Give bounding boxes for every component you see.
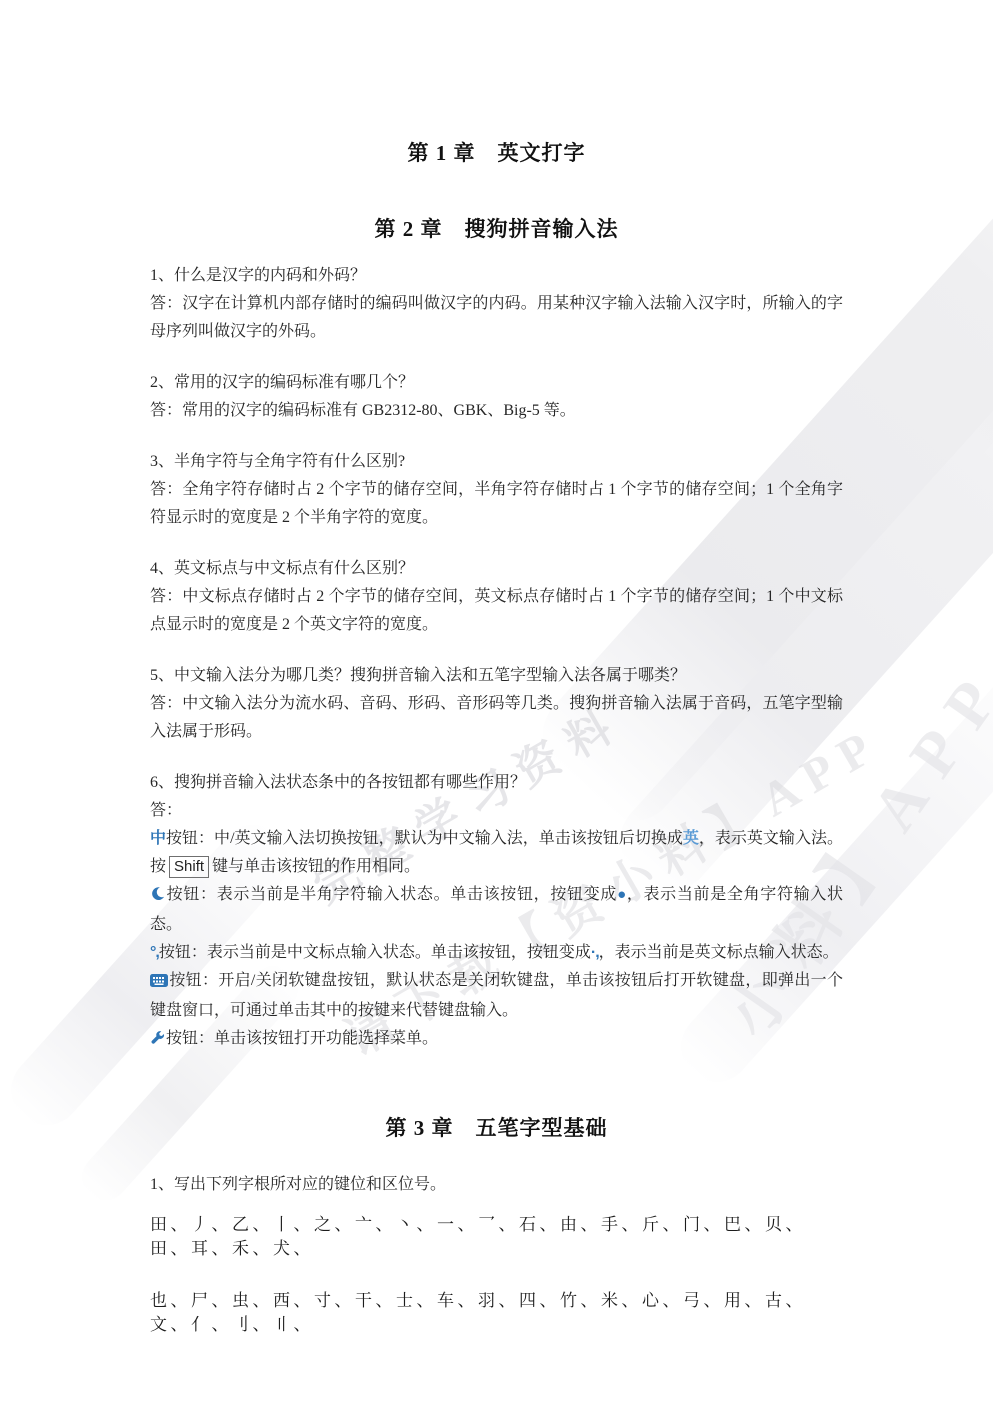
soft-keyboard-icon bbox=[150, 969, 168, 997]
button-desc-menu: 按钮：单击该按钮打开功能选择菜单。 bbox=[150, 1025, 843, 1055]
qa-block-1: 1、什么是汉字的内码和外码？ 答：汉字在计算机内部存储时的编码叫做汉字的内码。用… bbox=[150, 262, 843, 346]
question-3: 3、半角字符与全角字符有什么区别? bbox=[150, 448, 843, 476]
wubi-radicals-row-2: 也、尸、虫、西、寸、干、士、车、羽、四、竹、米、心、弓、用、古、文、亻、刂、〢、 bbox=[150, 1289, 843, 1337]
qa-block-5: 5、中文输入法分为哪几类？搜狗拼音输入法和五笔字型输入法各属于哪类？ 答：中文输… bbox=[150, 662, 843, 746]
answer-6-label: 答： bbox=[150, 797, 843, 825]
question-6: 6、搜狗拼音输入法状态条中的各按钮都有哪些作用？ bbox=[150, 769, 843, 797]
text-segment: 键与单击该按钮的作用相同。 bbox=[212, 858, 420, 875]
crescent-moon-icon bbox=[150, 883, 165, 911]
wrench-icon bbox=[150, 1027, 165, 1055]
chapter3-title: 第 3 章 五笔字型基础 bbox=[150, 1113, 843, 1143]
chinese-punct-icon: °, bbox=[150, 939, 159, 967]
answer-2: 答：常用的汉字的编码标准有 GB2312-80、GBK、Big-5 等。 bbox=[150, 397, 843, 425]
text-segment: 按钮：表示当前是中文标点输入状态。单击该按钮，按钮变成 bbox=[159, 944, 591, 961]
document-page: { "colors": { "accent_blue": "#2e75b6", … bbox=[0, 0, 993, 1404]
shift-keycap: Shift bbox=[169, 856, 209, 878]
button-desc-cn-en: 中按钮：中/英文输入法切换按钮，默认为中文输入法，单击该按钮后切换成英，表示英文… bbox=[150, 825, 843, 881]
chapter1-title: 第 1 章 英文打字 bbox=[150, 138, 843, 168]
chapter2-title: 第 2 章 搜狗拼音输入法 bbox=[150, 214, 843, 244]
text-segment: 按钮：开启/关闭软键盘按钮，默认状态是关闭软键盘，单击该按钮后打开软键盘，即弹出… bbox=[150, 972, 843, 1019]
question-5: 5、中文输入法分为哪几类？搜狗拼音输入法和五笔字型输入法各属于哪类？ bbox=[150, 662, 843, 690]
qa-block-3: 3、半角字符与全角字符有什么区别? 答：全角字符存储时占 2 个字节的储存空间，… bbox=[150, 448, 843, 532]
chapter3-question-1: 1、写出下列字根所对应的键位和区位号。 bbox=[150, 1171, 843, 1199]
qa-block-6: 6、搜狗拼音输入法状态条中的各按钮都有哪些作用？ 答： 中按钮：中/英文输入法切… bbox=[150, 769, 843, 1055]
qa-block-4: 4、英文标点与中文标点有什么区别？ 答：中文标点存储时占 2 个字节的储存空间，… bbox=[150, 555, 843, 639]
english-punct-icon: ·, bbox=[591, 944, 599, 961]
text-segment: 按钮：中/英文输入法切换按钮，默认为中文输入法，单击该按钮后切换成 bbox=[166, 830, 683, 847]
text-segment: 按钮：表示当前是半角字符输入状态。单击该按钮，按钮变成 bbox=[166, 886, 617, 903]
button-desc-softkeyboard: 按钮：开启/关闭软键盘按钮，默认状态是关闭软键盘，单击该按钮后打开软键盘，即弹出… bbox=[150, 967, 843, 1025]
chinese-mode-icon: 中 bbox=[150, 825, 166, 853]
button-desc-punctuation: °,按钮：表示当前是中文标点输入状态。单击该按钮，按钮变成·,，表示当前是英文标… bbox=[150, 939, 843, 967]
answer-4: 答：中文标点存储时占 2 个字节的储存空间，英文标点存储时占 1 个字节的储存空… bbox=[150, 583, 843, 639]
button-desc-halfwidth: 按钮：表示当前是半角字符输入状态。单击该按钮，按钮变成●，表示当前是全角字符输入… bbox=[150, 881, 843, 939]
document-content: 第 1 章 英文打字 第 2 章 搜狗拼音输入法 1、什么是汉字的内码和外码？ … bbox=[0, 0, 993, 1337]
text-segment: 按钮：单击该按钮打开功能选择菜单。 bbox=[166, 1030, 438, 1047]
english-mode-icon: 英 bbox=[683, 830, 699, 847]
wubi-radicals-row-1: 田、丿、乙、丨、之、亠、丶、一、乛、石、由、手、斤、门、巴、贝、田、耳、禾、犬、 bbox=[150, 1213, 843, 1261]
qa-block-2: 2、常用的汉字的编码标准有哪几个？ 答：常用的汉字的编码标准有 GB2312-8… bbox=[150, 369, 843, 425]
question-1: 1、什么是汉字的内码和外码？ bbox=[150, 262, 843, 290]
full-circle-icon: ● bbox=[617, 887, 627, 903]
question-2: 2、常用的汉字的编码标准有哪几个？ bbox=[150, 369, 843, 397]
text-segment: ，表示当前是英文标点输入状态。 bbox=[599, 944, 839, 961]
question-4: 4、英文标点与中文标点有什么区别？ bbox=[150, 555, 843, 583]
answer-5: 答：中文输入法分为流水码、音码、形码、音形码等几类。搜狗拼音输入法属于音码，五笔… bbox=[150, 690, 843, 746]
answer-1: 答：汉字在计算机内部存储时的编码叫做汉字的内码。用某种汉字输入法输入汉字时，所输… bbox=[150, 290, 843, 346]
chapter3-section: 第 3 章 五笔字型基础 1、写出下列字根所对应的键位和区位号。 田、丿、乙、丨… bbox=[150, 1113, 843, 1337]
answer-3: 答：全角字符存储时占 2 个字节的储存空间，半角字符存储时占 1 个字节的储存空… bbox=[150, 476, 843, 532]
